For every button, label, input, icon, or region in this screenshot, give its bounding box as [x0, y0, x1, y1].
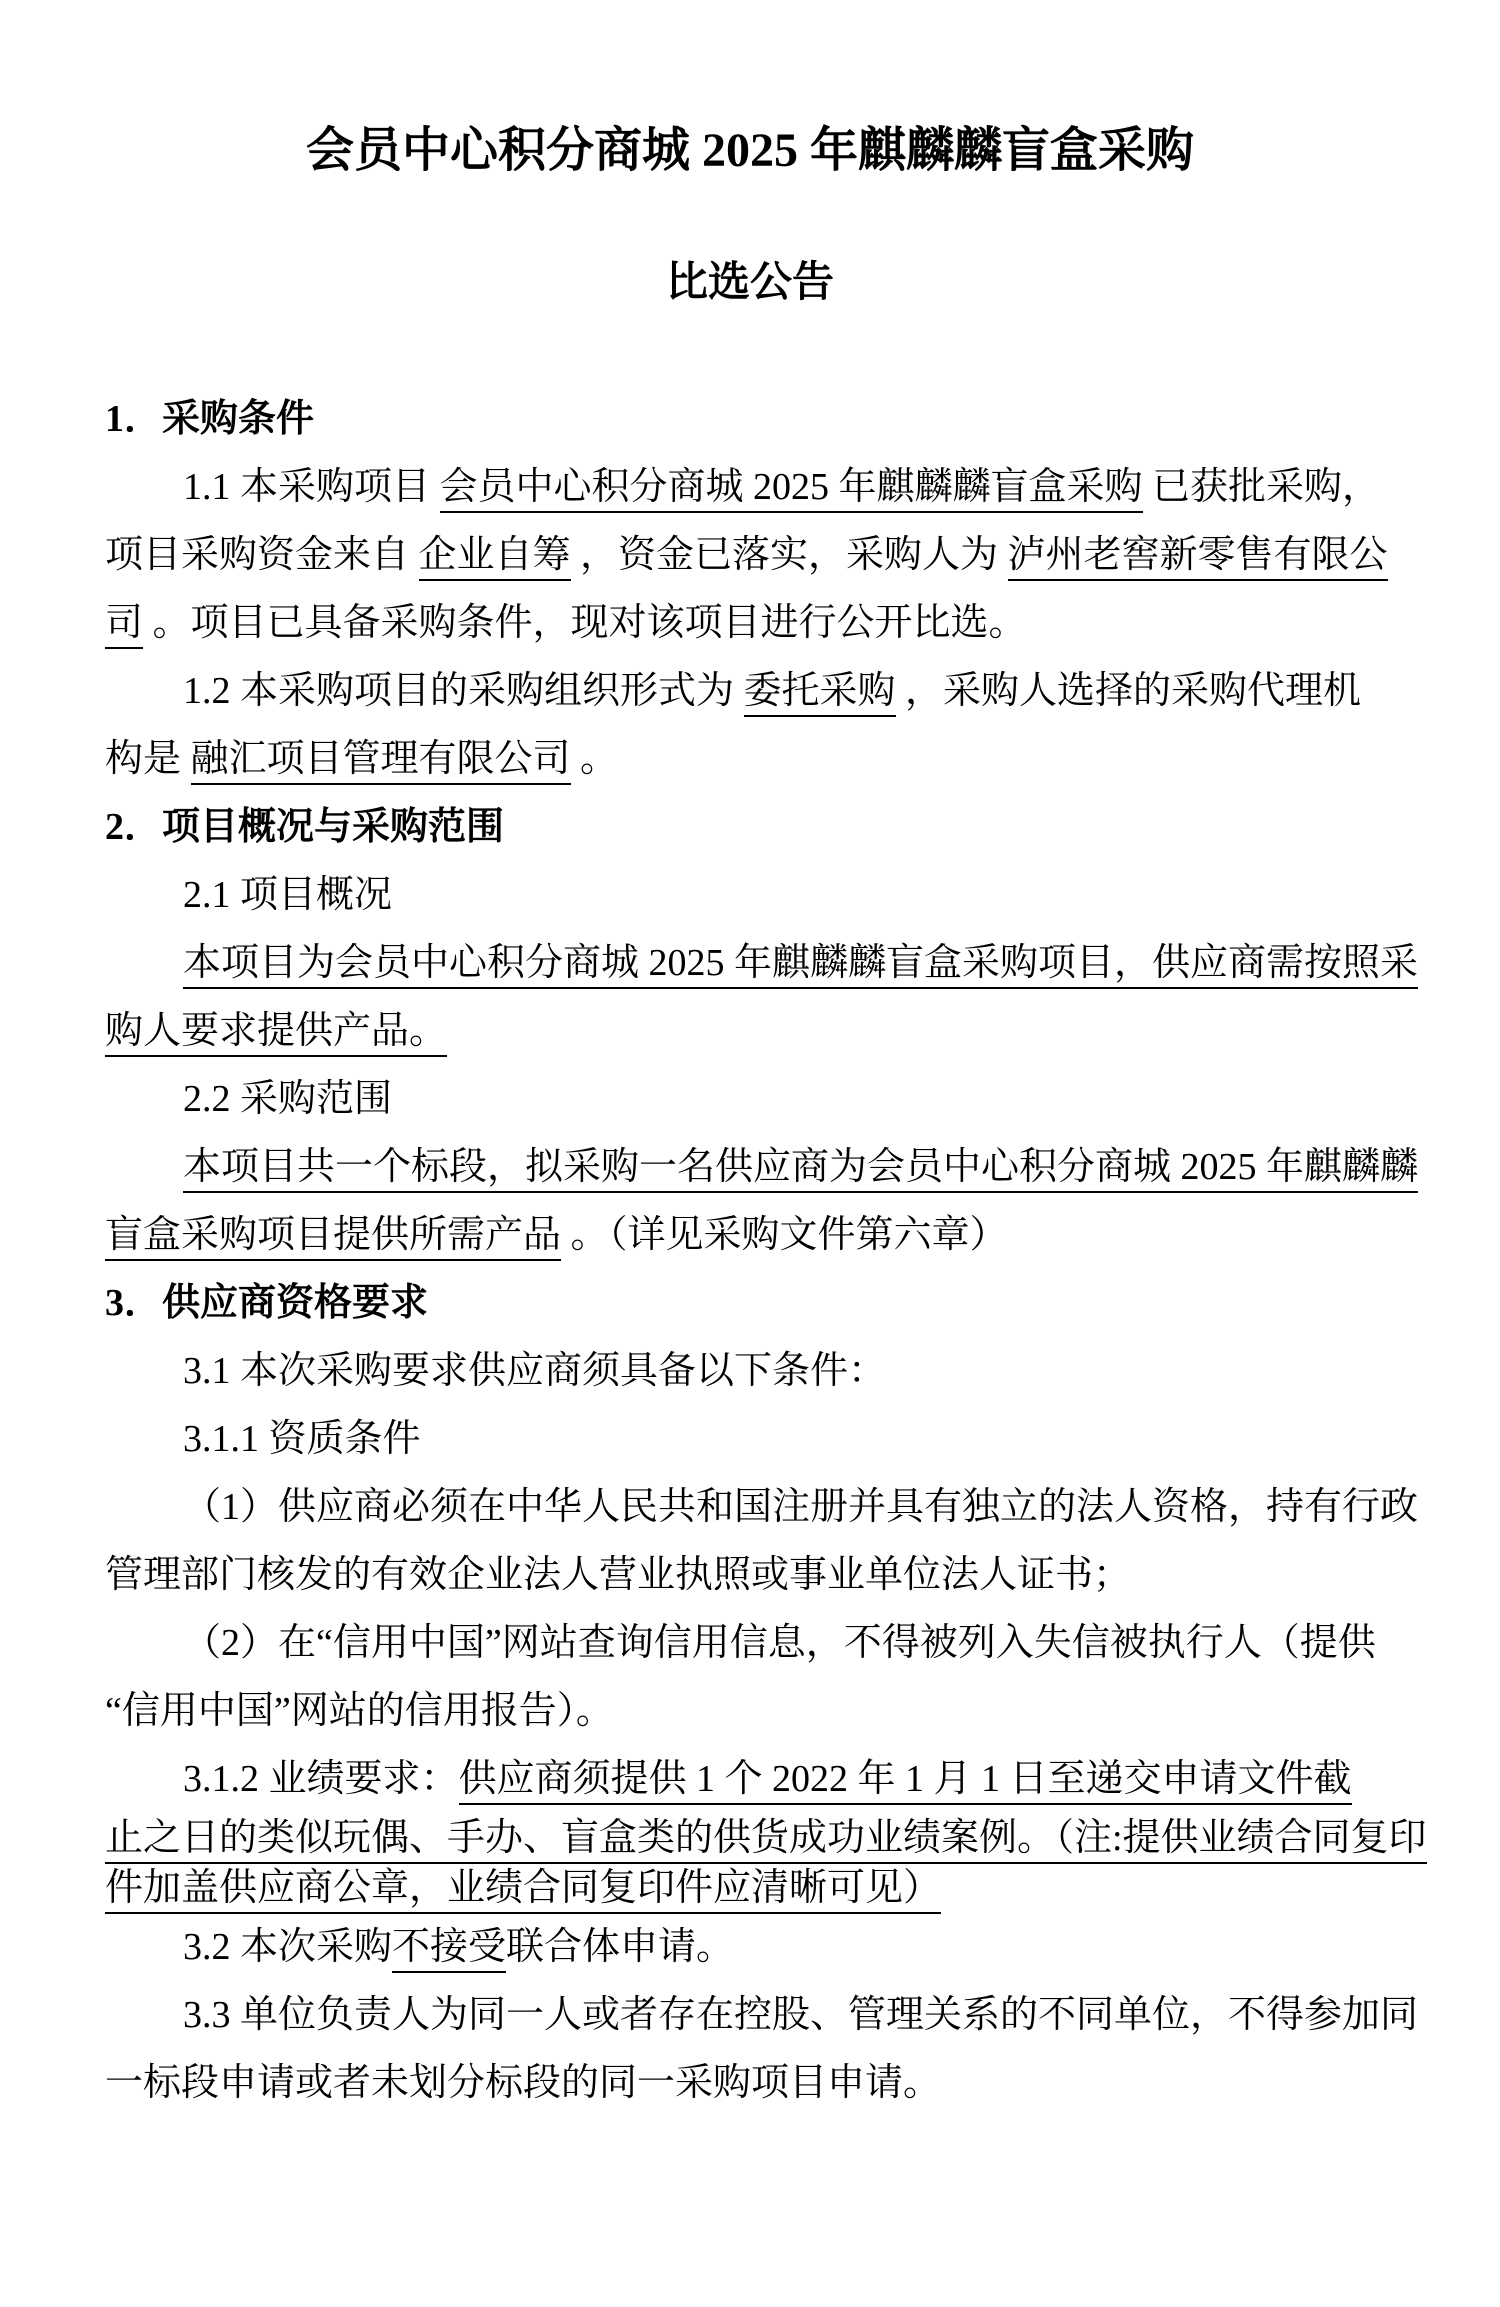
- paragraph-3-1-2-line-3: 件加盖供应商公章，业绩合同复印件应清晰可见）: [105, 1863, 1395, 1913]
- text-segment: 联合体申请。: [506, 1926, 734, 1968]
- text-segment: 构是: [105, 738, 191, 780]
- document-title: 会员中心积分商城 2025 年麒麟麟盲盒采购: [105, 0, 1395, 180]
- paragraph-1-1-line-2: 项目采购资金来自 企业自筹 ，资金已落实，采购人为 泸州老窖新零售有限公: [105, 521, 1395, 589]
- underlined-segment: 止之日的类似玩偶、手办、盲盒类的供货成功业绩案例。（注:提供业绩合同复印: [105, 1817, 1427, 1864]
- paragraph-3-1: 3.1 本次采购要求供应商须具备以下条件：: [105, 1337, 1395, 1405]
- paragraph-3-3-line-1: 3.3 单位负责人为同一人或者存在控股、管理关系的不同单位，不得参加同: [105, 1981, 1395, 2049]
- text-segment: ，资金已落实，采购人为: [571, 534, 1008, 576]
- text-segment: 3.2 本次采购: [183, 1926, 392, 1968]
- paragraph-1-1-line-3: 司 。项目已具备采购条件，现对该项目进行公开比选。: [105, 589, 1395, 657]
- underlined-segment: 会员中心积分商城 2025 年麒麟麟盲盒采购: [440, 466, 1143, 513]
- paragraph-3-1-2-line-1: 3.1.2 业绩要求：供应商须提供 1 个 2022 年 1 月 1 日至递交申…: [105, 1745, 1395, 1813]
- qualification-2-line-2: “信用中国”网站的信用报告）。: [105, 1677, 1395, 1745]
- document-page: 会员中心积分商城 2025 年麒麟麟盲盒采购 比选公告 1．采购条件 1.1 本…: [0, 0, 1500, 2307]
- underlined-segment: 委托采购: [744, 670, 896, 717]
- document-subtitle: 比选公告: [105, 258, 1395, 308]
- paragraph-2-1-line-1: 本项目为会员中心积分商城 2025 年麒麟麟盲盒采购项目，供应商需按照采: [105, 929, 1395, 997]
- section-3-heading: 3．供应商资格要求: [105, 1269, 1395, 1337]
- text-segment: 1.1 本采购项目: [183, 466, 440, 508]
- qualification-1-line-1: （1）供应商必须在中华人民共和国注册并具有独立的法人资格，持有行政: [105, 1473, 1395, 1541]
- underlined-segment: 购人要求提供产品。: [105, 1010, 447, 1057]
- document-content: 会员中心积分商城 2025 年麒麟麟盲盒采购 比选公告 1．采购条件 1.1 本…: [0, 0, 1500, 2117]
- text-segment: 1.2 本采购项目的采购组织形式为: [183, 670, 744, 712]
- document-body: 1．采购条件 1.1 本采购项目 会员中心积分商城 2025 年麒麟麟盲盒采购 …: [105, 385, 1395, 2117]
- subsection-2-2-heading: 2.2 采购范围: [105, 1065, 1395, 1133]
- text-segment: 。项目已具备采购条件，现对该项目进行公开比选。: [143, 602, 1027, 644]
- underlined-segment: 司: [105, 602, 143, 649]
- text-segment: 项目采购资金来自: [105, 534, 419, 576]
- paragraph-2-2-line-1: 本项目共一个标段，拟采购一名供应商为会员中心积分商城 2025 年麒麟麟: [105, 1133, 1395, 1201]
- paragraph-1-2-line-1: 1.2 本采购项目的采购组织形式为 委托采购 ，采购人选择的采购代理机: [105, 657, 1395, 725]
- qualification-1-line-2: 管理部门核发的有效企业法人营业执照或事业单位法人证书；: [105, 1541, 1395, 1609]
- underlined-segment: 件加盖供应商公章，业绩合同复印件应清晰可见）: [105, 1867, 941, 1914]
- paragraph-3-1-2-line-2: 止之日的类似玩偶、手办、盲盒类的供货成功业绩案例。（注:提供业绩合同复印: [105, 1813, 1395, 1863]
- text-segment: 已获批采购，: [1143, 466, 1381, 508]
- paragraph-1-2-line-2: 构是 融汇项目管理有限公司 。: [105, 725, 1395, 793]
- qualification-2-line-1: （2）在“信用中国”网站查询信用信息，不得被列入失信被执行人（提供: [105, 1609, 1395, 1677]
- underlined-segment: 泸州老窖新零售有限公: [1008, 534, 1388, 581]
- underlined-segment: 不接受: [392, 1926, 506, 1973]
- paragraph-2-1-line-2: 购人要求提供产品。: [105, 997, 1395, 1065]
- paragraph-2-2-line-2: 盲盒采购项目提供所需产品 。（详见采购文件第六章）: [105, 1201, 1395, 1269]
- subsection-2-1-heading: 2.1 项目概况: [105, 861, 1395, 929]
- text-segment: 3.1.2 业绩要求：: [183, 1758, 459, 1800]
- underlined-segment: 企业自筹: [419, 534, 571, 581]
- underlined-segment: 盲盒采购项目提供所需产品: [105, 1214, 561, 1261]
- paragraph-3-1-1: 3.1.1 资质条件: [105, 1405, 1395, 1473]
- underlined-segment: 融汇项目管理有限公司: [191, 738, 571, 785]
- text-segment: 。（详见采购文件第六章）: [561, 1214, 1008, 1256]
- paragraph-3-3-line-2: 一标段申请或者未划分标段的同一采购项目申请。: [105, 2049, 1395, 2117]
- text-segment: ，采购人选择的采购代理机: [896, 670, 1362, 712]
- section-1-heading: 1．采购条件: [105, 385, 1395, 453]
- underlined-segment: 本项目共一个标段，拟采购一名供应商为会员中心积分商城 2025 年麒麟麟: [183, 1146, 1418, 1193]
- underlined-segment: 供应商须提供 1 个 2022 年 1 月 1 日至递交申请文件截: [459, 1758, 1352, 1805]
- paragraph-3-2: 3.2 本次采购不接受联合体申请。: [105, 1913, 1395, 1981]
- text-segment: 。: [571, 738, 619, 780]
- section-2-heading: 2．项目概况与采购范围: [105, 793, 1395, 861]
- paragraph-1-1-line-1: 1.1 本采购项目 会员中心积分商城 2025 年麒麟麟盲盒采购 已获批采购，: [105, 453, 1395, 521]
- underlined-segment: 本项目为会员中心积分商城 2025 年麒麟麟盲盒采购项目，供应商需按照采: [183, 942, 1418, 989]
